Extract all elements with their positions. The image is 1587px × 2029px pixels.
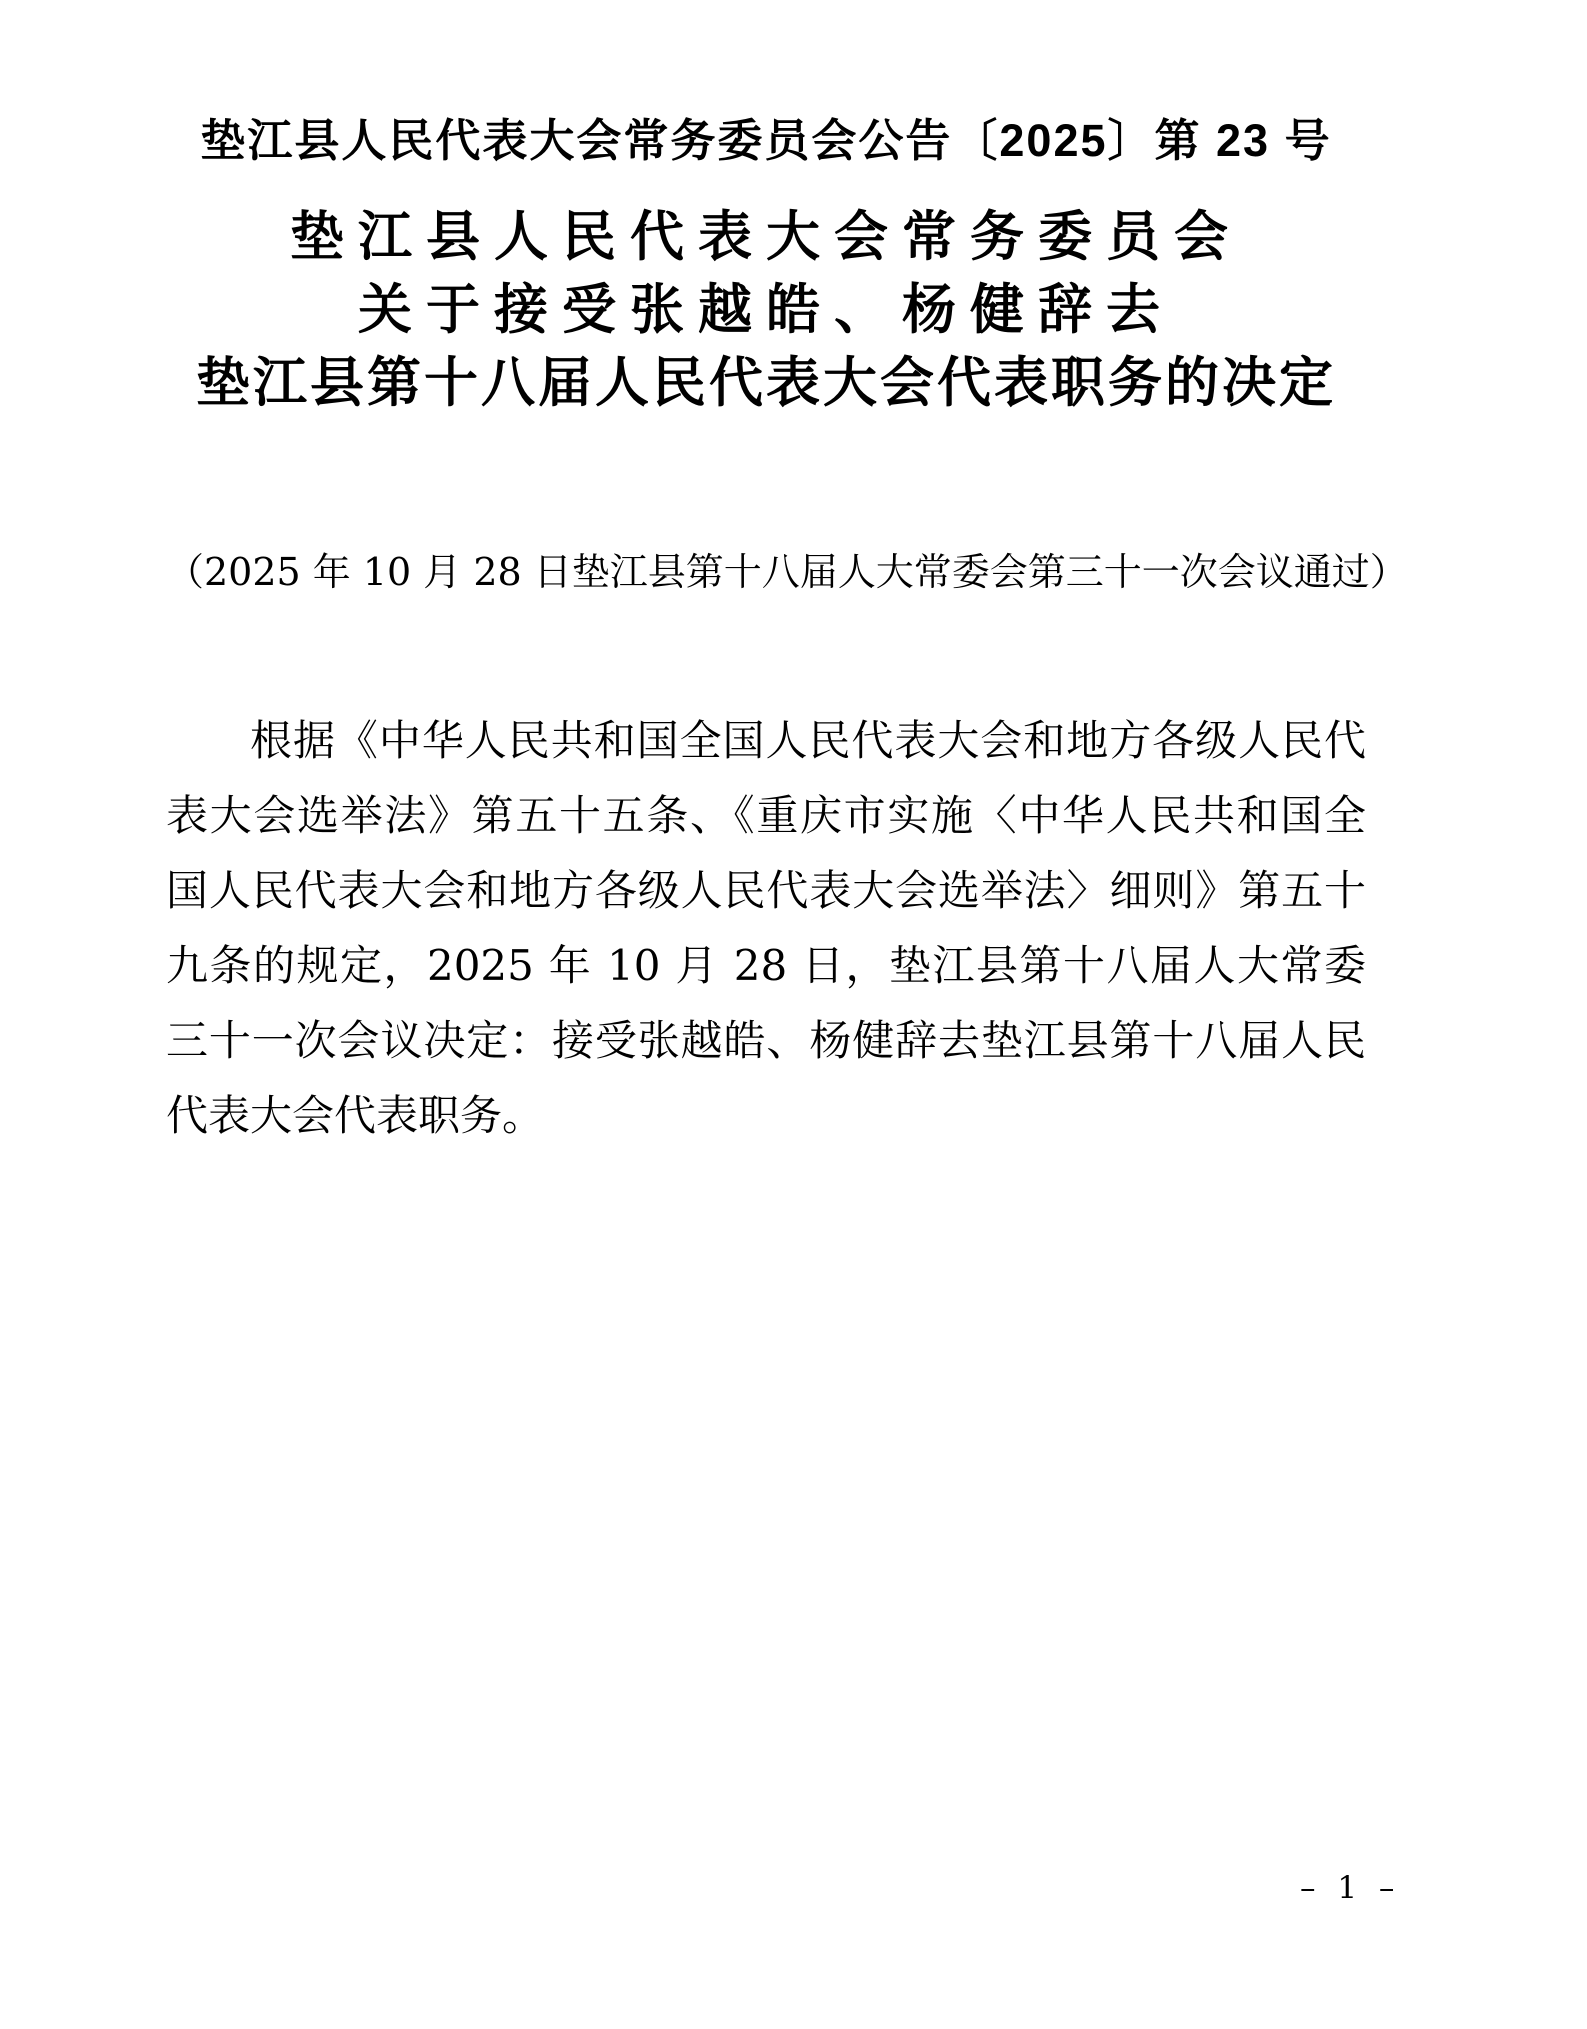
body-text-line: 根据《中华人民共和国全国人民代表大会和地方各级人民代 bbox=[166, 703, 1366, 778]
doc-number-heading: 垫江县人民代表大会常务委员会公告〔2025〕第 23 号 bbox=[166, 116, 1366, 166]
body-text-line: 九条的规定，2025 年 10 月 28 日，垫江县第十八届人大常委会第 bbox=[166, 928, 1366, 1003]
decision-body-paragraph: 根据《中华人民共和国全国人民代表大会和地方各级人民代 表大会选举法》第五十五条、… bbox=[166, 703, 1366, 1153]
decision-title-line-3: 垫江县第十八届人民代表大会代表职务的决定 bbox=[166, 354, 1366, 413]
decision-title-line-2: 关于接受张越皓、杨健辞去 bbox=[166, 281, 1366, 340]
body-text-line: 三十一次会议决定：接受张越皓、杨健辞去垫江县第十八届人民 bbox=[166, 1003, 1366, 1078]
page-number: – 1 – bbox=[1300, 1870, 1400, 1906]
meeting-adoption-note: （2025 年 10 月 28 日垫江县第十八届人大常委会第三十一次会议通过） bbox=[166, 550, 1366, 596]
document-page: 垫江县人民代表大会常务委员会公告〔2025〕第 23 号 垫江县人民代表大会常务… bbox=[0, 0, 1587, 2029]
body-text-line: 国人民代表大会和地方各级人民代表大会选举法〉细则》第五十 bbox=[166, 853, 1366, 928]
decision-title-line-1: 垫江县人民代表大会常务委员会 bbox=[166, 208, 1366, 267]
document-content-column: 垫江县人民代表大会常务委员会公告〔2025〕第 23 号 垫江县人民代表大会常务… bbox=[166, 0, 1366, 2029]
body-text-line: 表大会选举法》第五十五条、《重庆市实施〈中华人民共和国全 bbox=[166, 778, 1366, 853]
body-text-line: 代表大会代表职务。 bbox=[166, 1078, 1366, 1153]
